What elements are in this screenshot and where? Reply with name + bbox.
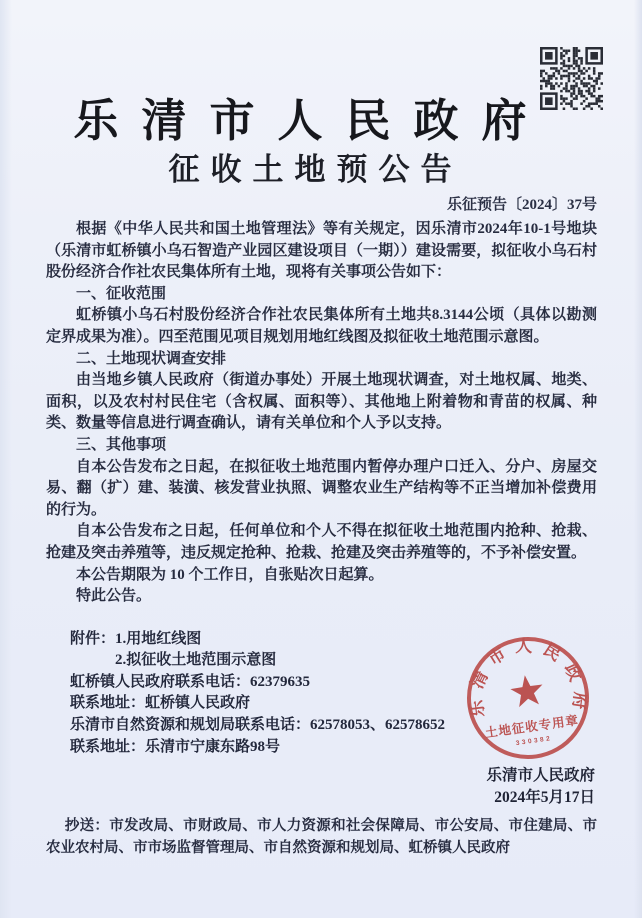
attachment-item-1: 1.用地红线图 [115, 631, 201, 647]
attachment-line-1: 附件：1.用地红线图 [70, 629, 597, 651]
paragraph-intro: 根据《中华人民共和国土地管理法》等有关规定，因乐清市2024年10-1号地块（乐… [46, 219, 597, 284]
section-2-heading: 二、土地现状调查安排 [46, 349, 597, 371]
attachments-and-contacts: 附件：1.用地红线图 2.拟征收土地范围示意图 虹桥镇人民政府联系电话：6237… [70, 629, 597, 759]
cc-line: 抄送：市发改局、市财政局、市人力资源和社会保障局、市公安局、市住建局、市农业农村… [46, 816, 597, 859]
scan-edge-right [634, 0, 642, 918]
notice-period: 本公告期限为 10 个工作日，自张贴次日起算。 [46, 565, 597, 587]
org-title: 乐清市人民政府 [0, 84, 600, 149]
contact-address-bureau: 联系地址：乐清市宁康东路98号 [70, 737, 597, 759]
section-3-body-2: 自本公告发布之日起，任何单位和个人不得在拟征收土地范围内抢种、抢栽、抢建及突击养… [46, 521, 597, 564]
document-body: 乐征预告〔2024〕37号 根据《中华人民共和国土地管理法》等有关规定，因乐清市… [46, 196, 597, 859]
attachment-label: 附件： [70, 631, 115, 647]
section-3-body-1: 自本公告发布之日起，在拟征收土地范围内暂停办理户口迁入、分户、房屋交易、翻（扩）… [46, 457, 597, 522]
notice-page: 乐清市人民政府 征收土地预公告 乐征预告〔2024〕37号 根据《中华人民共和国… [0, 0, 642, 918]
signature-org: 乐清市人民政府 [46, 765, 595, 787]
doc-number: 乐征预告〔2024〕37号 [46, 196, 597, 214]
section-1-heading: 一、征收范围 [46, 284, 597, 306]
attachment-item-2: 2.拟征收土地范围示意图 [70, 650, 597, 672]
contact-phone-bureau: 乐清市自然资源和规划局联系电话：62578053、62578652 [70, 715, 597, 737]
closing-phrase: 特此公告。 [46, 586, 597, 608]
doc-title: 征收土地预公告 [0, 144, 620, 189]
contact-phone-town: 虹桥镇人民政府联系电话：62379635 [70, 672, 597, 694]
section-2-body: 由当地乡镇人民政府（街道办事处）开展土地现状调查，对土地权属、地类、面积，以及农… [46, 370, 597, 435]
section-1-body: 虹桥镇小乌石村股份经济合作社农民集体所有土地共8.3144公顷（具体以勘测定界成… [46, 305, 597, 348]
section-3-heading: 三、其他事项 [46, 435, 597, 457]
notice-text: 根据《中华人民共和国土地管理法》等有关规定，因乐清市2024年10-1号地块（乐… [46, 219, 597, 608]
signature-date: 2024年5月17日 [46, 787, 595, 809]
contact-address-town: 联系地址：虹桥镇人民政府 [70, 693, 597, 715]
signature-block: 乐清市人民政府 2024年5月17日 [46, 765, 597, 809]
